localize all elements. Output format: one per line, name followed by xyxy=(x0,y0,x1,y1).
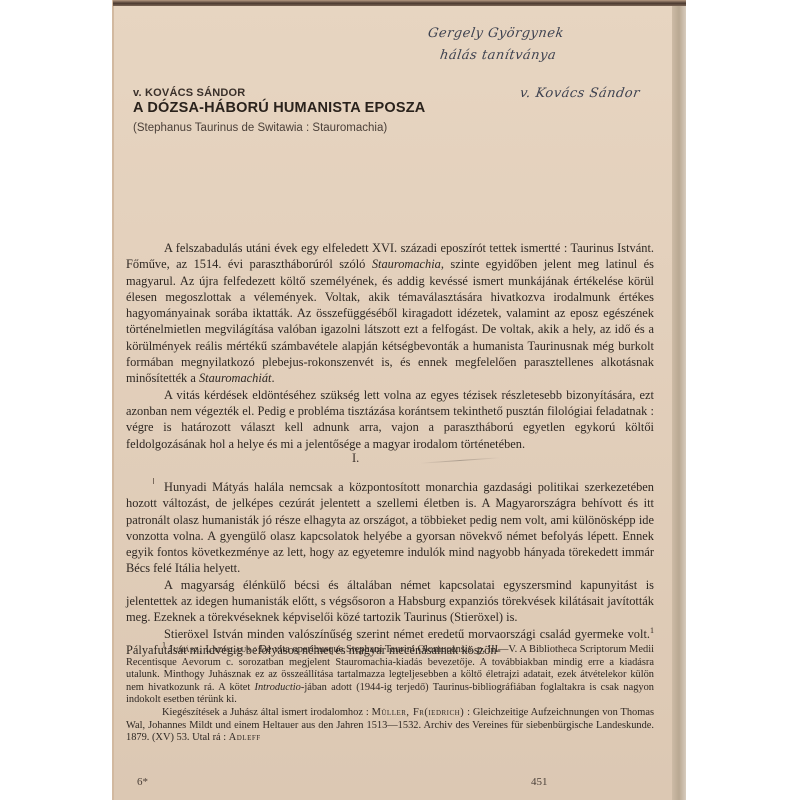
section-paragraph-1: Hunyadi Mátyás halála nemcsak a központo… xyxy=(126,479,654,577)
intro-paragraph-1: A felszabadulás utáni évek egy elfeledet… xyxy=(126,240,654,387)
signature-mark: 6* xyxy=(137,776,148,788)
page-left-edge xyxy=(112,0,114,800)
footnote-author: Juhász, Ladislaus xyxy=(169,644,251,655)
section-one-body: Hunyadi Mátyás halála nemcsak a központo… xyxy=(126,479,654,658)
inscription-signature: v. Kovács Sándor xyxy=(519,86,641,101)
text-run: , szinte egyidőben jelent meg latinul és… xyxy=(126,257,654,385)
text-run: Stieröxel István minden valószínűség sze… xyxy=(164,627,650,641)
intro-section: A felszabadulás utáni évek egy elfeledet… xyxy=(126,240,654,452)
spine-shadow xyxy=(672,0,686,800)
section-marker: I. xyxy=(352,451,359,466)
footnote-ref: 1 xyxy=(650,626,654,635)
article-title: A DÓZSA-HÁBORÚ HUMANISTA EPOSZA xyxy=(133,100,425,116)
footnote-1: 1 Juhász, Ladislaus : De vita operibusqu… xyxy=(126,644,654,707)
section-paragraph-2: A magyarság élénkülő bécsi és általában … xyxy=(126,577,654,626)
page-number: 451 xyxy=(531,776,548,788)
intro-paragraph-2: A vitás kérdések eldöntéséhez szükség le… xyxy=(126,387,654,452)
inscription-line-2: hálás tanítványa xyxy=(439,48,557,63)
text-run: . xyxy=(271,371,274,385)
article-author: v. KOVÁCS SÁNDOR xyxy=(133,87,245,99)
italic-work-title: Stauromachia xyxy=(372,257,441,271)
page-top-edge xyxy=(113,0,686,6)
article-subtitle: (Stephanus Taurinus de Switawia : Stauro… xyxy=(133,122,387,134)
italic-term: Introductio xyxy=(255,682,301,693)
footnote-author: Müller, Fr(iedrich) xyxy=(372,707,465,718)
italic-work-title: Stauromachiát xyxy=(199,371,272,385)
footnote-number: 1 xyxy=(162,641,166,650)
footnote-author: Adleff xyxy=(229,732,261,743)
footnotes: 1 Juhász, Ladislaus : De vita operibusqu… xyxy=(126,644,654,745)
inscription-line-1: Gergely Györgynek xyxy=(427,26,565,41)
text-run: Kiegészítések a Juhász által ismert irod… xyxy=(162,707,372,718)
footnote-1-continued: Kiegészítések a Juhász által ismert irod… xyxy=(126,707,654,745)
